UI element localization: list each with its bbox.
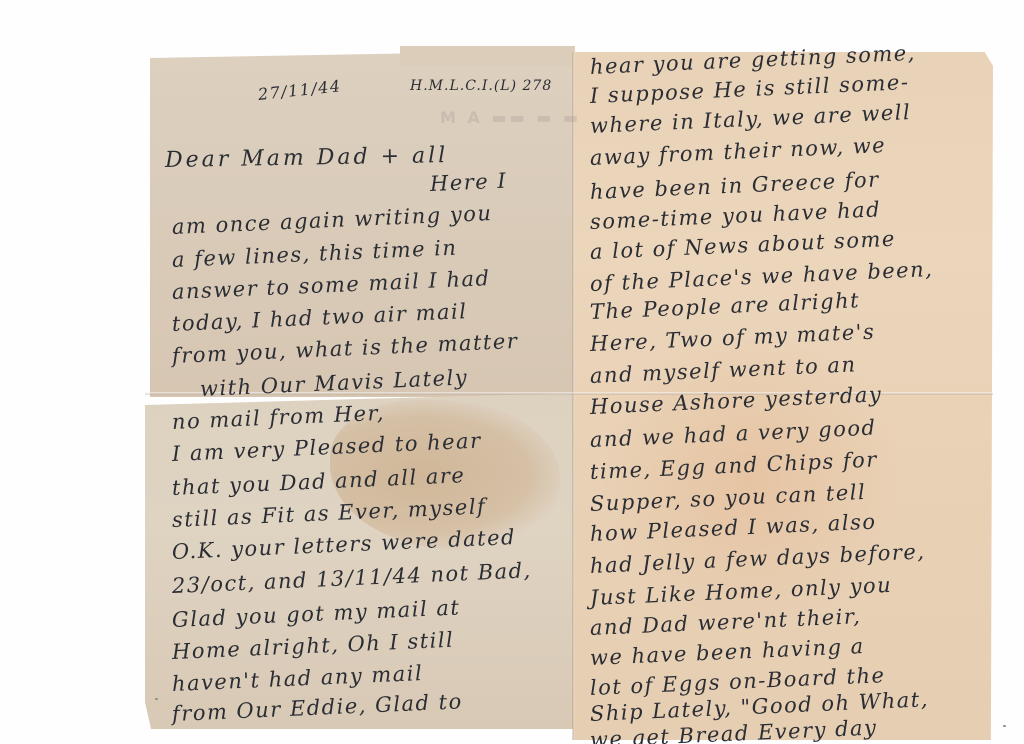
- left-line: Here I: [429, 169, 507, 196]
- salutation: Dear Mam Dad + all: [165, 143, 449, 173]
- scanned-letter: M A ▬▬ ▬ ▬ 27/11/44 H.M.L.C.I.(L) 278 De…: [0, 0, 1024, 744]
- vertical-fold-line: [572, 52, 575, 740]
- left-page-top-tab: [400, 46, 575, 66]
- show-through-stamp: M A ▬▬ ▬ ▬: [440, 108, 581, 127]
- scan-speck: [155, 698, 158, 700]
- scan-speck: [1003, 725, 1006, 727]
- ship-reference: H.M.L.C.I.(L) 278: [410, 78, 552, 94]
